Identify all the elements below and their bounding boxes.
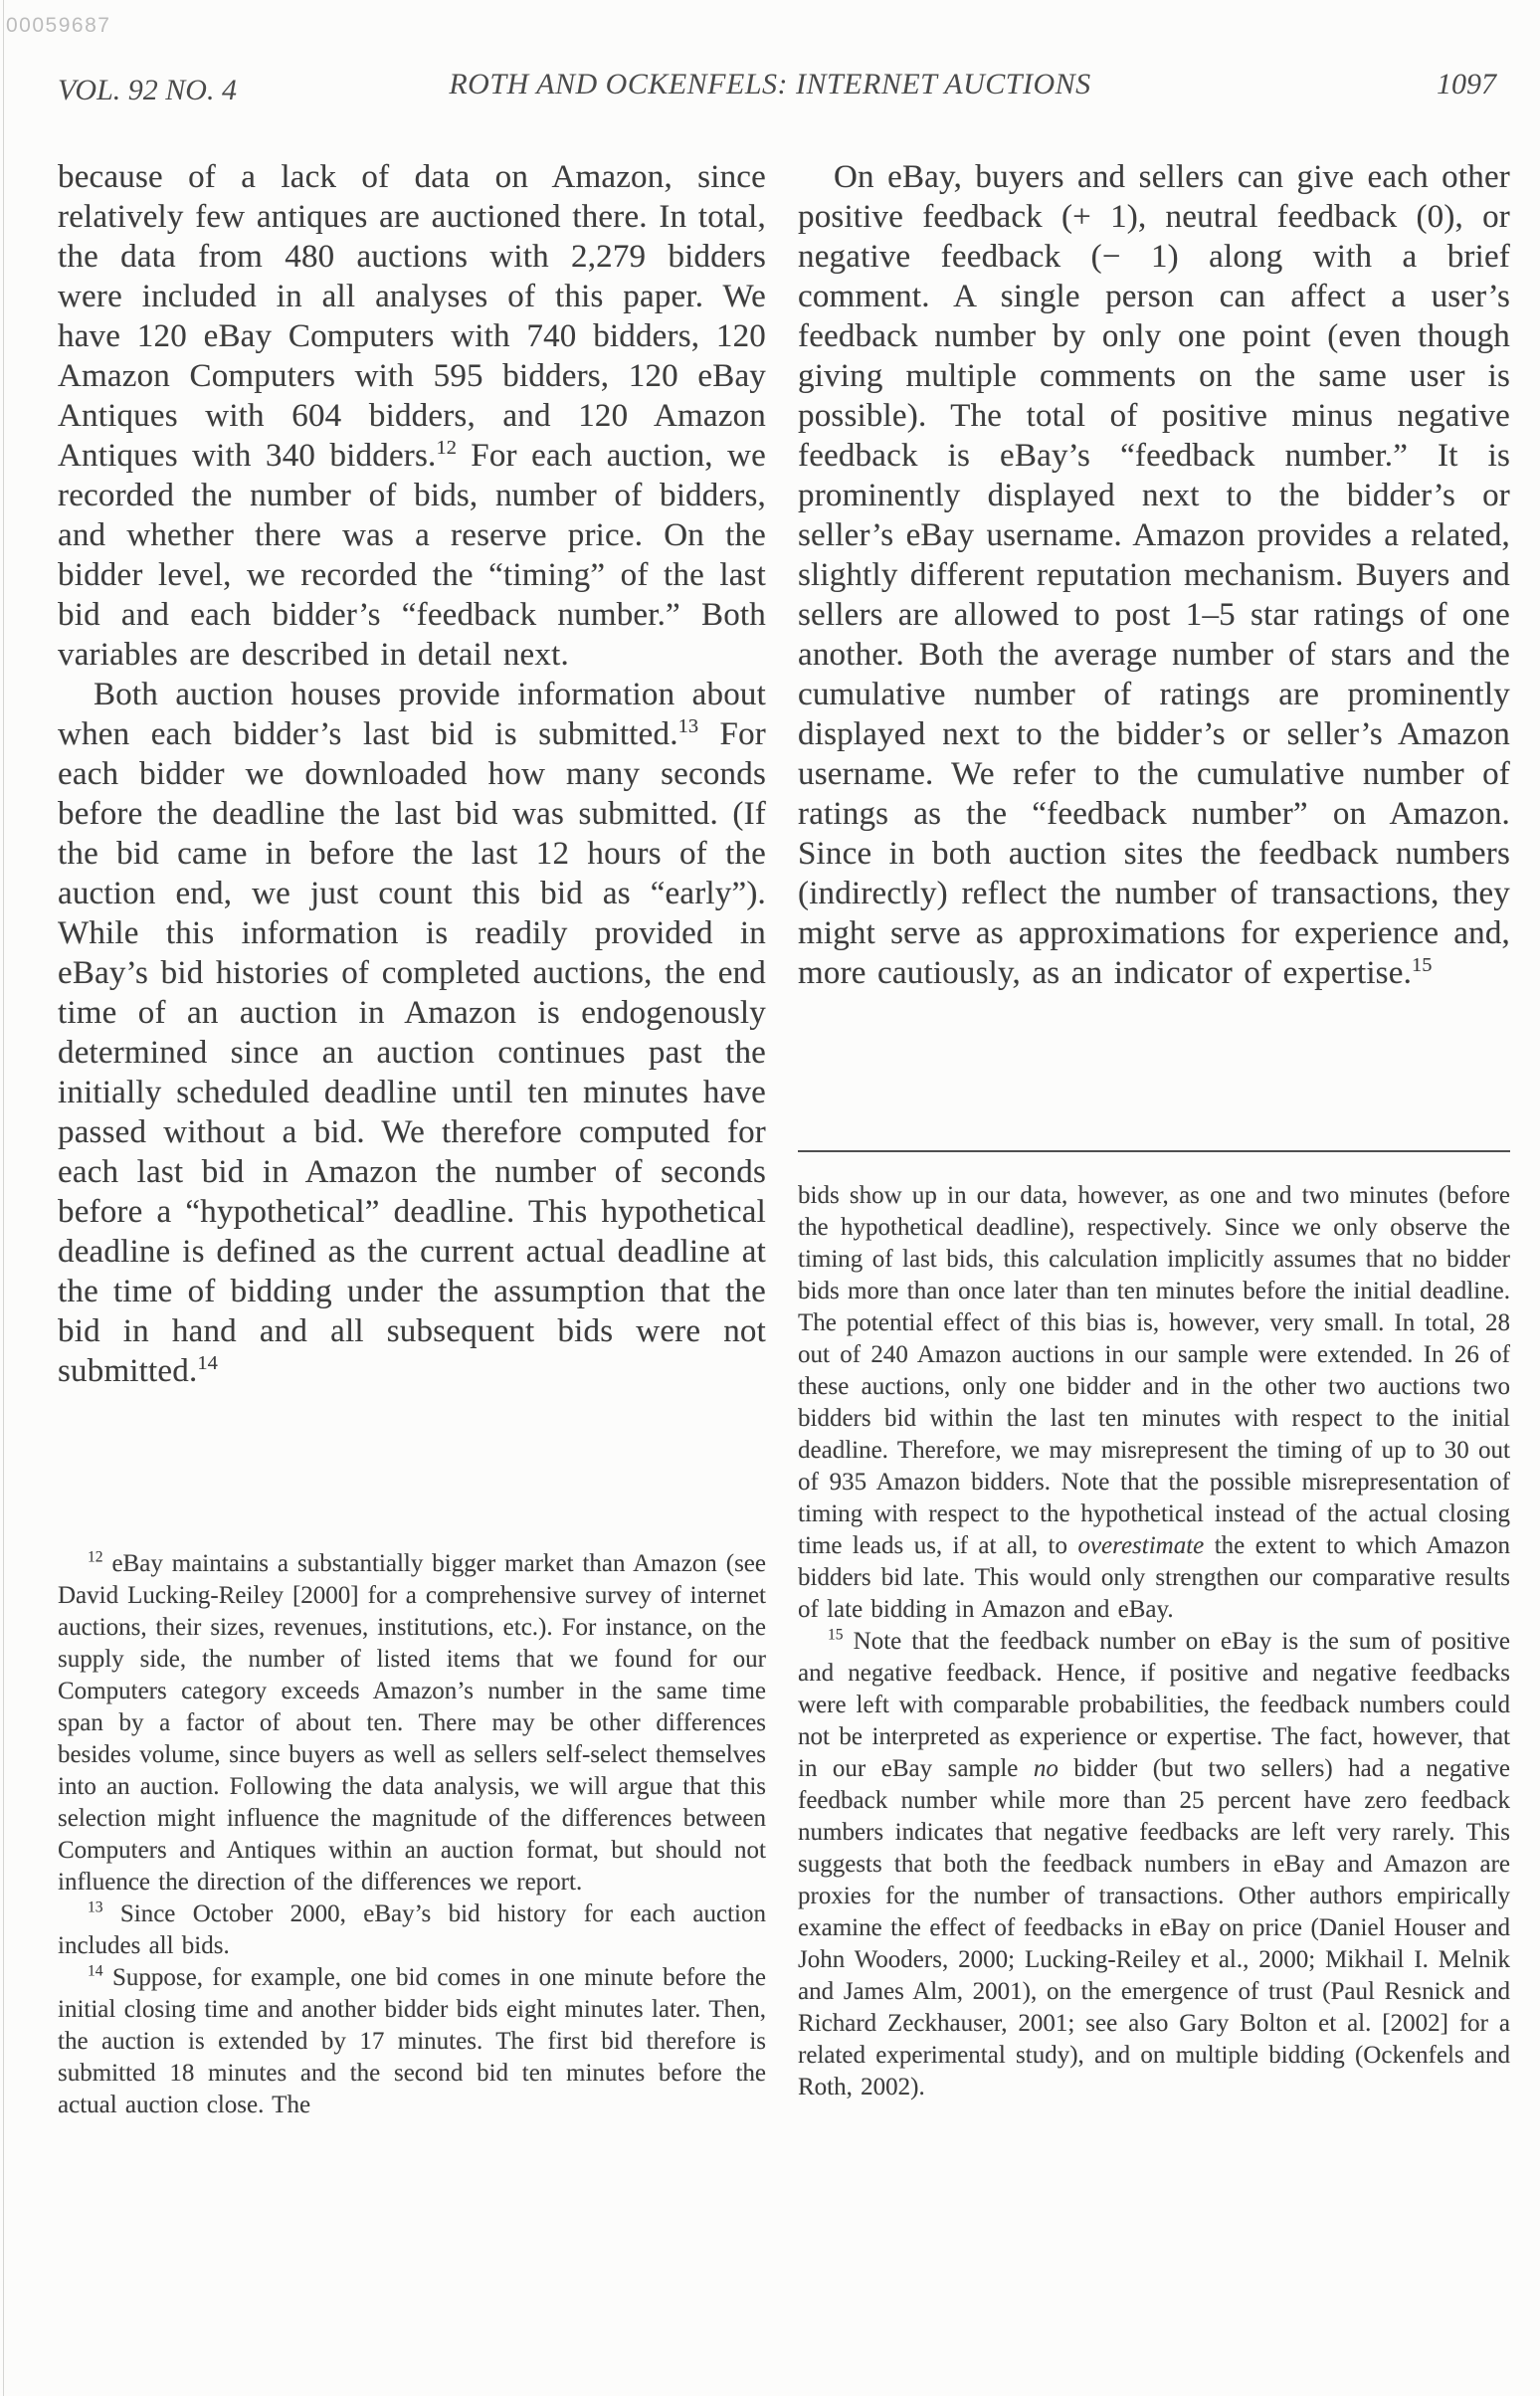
body-paragraph-2: Both auction houses provide information … bbox=[58, 675, 766, 1391]
footnote-14: 14 Suppose, for example, one bid comes i… bbox=[58, 1962, 766, 2121]
footnote-marker-12: 12 bbox=[88, 1549, 103, 1566]
footnote-15: 15 Note that the feedback number on eBay… bbox=[798, 1626, 1510, 2103]
footnote-13: 13 Since October 2000, eBay’s bid histor… bbox=[58, 1898, 766, 1962]
body-paragraph-3: On eBay, buyers and sellers can give eac… bbox=[798, 157, 1510, 993]
footnote-12: 12 eBay maintains a substantially bigger… bbox=[58, 1548, 766, 1898]
footnote-marker-14: 14 bbox=[88, 1963, 103, 1980]
footnote-rule bbox=[798, 1150, 1510, 1152]
footnote-marker-15: 15 bbox=[828, 1627, 844, 1644]
body-paragraph-1: because of a lack of data on Amazon, sin… bbox=[58, 157, 766, 675]
paragraph-text: Both auction houses provide information … bbox=[58, 677, 766, 752]
right-column-footnotes: bids show up in our data, however, as on… bbox=[798, 1180, 1510, 2103]
footnote-14-continuation: bids show up in our data, however, as on… bbox=[798, 1180, 1510, 1626]
header-title: ROTH AND OCKENFELS: INTERNET AUCTIONS bbox=[0, 68, 1540, 101]
footnote-text-italic: overestimate bbox=[1077, 1532, 1204, 1559]
left-column-body: because of a lack of data on Amazon, sin… bbox=[58, 157, 766, 1391]
footnote-text: Suppose, for example, one bid comes in o… bbox=[58, 1964, 766, 2118]
paragraph-text: because of a lack of data on Amazon, sin… bbox=[58, 159, 766, 474]
footnote-text: bidder (but two sellers) had a negative … bbox=[798, 1755, 1510, 2100]
left-column-footnotes: 12 eBay maintains a substantially bigger… bbox=[58, 1548, 766, 2121]
footnote-text: bids show up in our data, however, as on… bbox=[798, 1182, 1510, 1559]
header-page-number: 1097 bbox=[1437, 68, 1496, 101]
footnote-text: eBay maintains a substantially bigger ma… bbox=[58, 1550, 766, 1896]
page: 00059687 VOL. 92 NO. 4 ROTH AND OCKENFEL… bbox=[0, 0, 1540, 2396]
footnote-ref-15: 15 bbox=[1412, 954, 1432, 976]
footnote-text-italic: no bbox=[1034, 1755, 1059, 1782]
footnote-ref-13: 13 bbox=[678, 715, 698, 737]
footnote-ref-12: 12 bbox=[436, 437, 456, 459]
running-header: VOL. 92 NO. 4 ROTH AND OCKENFELS: INTERN… bbox=[0, 68, 1540, 111]
footnote-marker-13: 13 bbox=[88, 1899, 103, 1916]
footnote-text: Since October 2000, eBay’s bid history f… bbox=[58, 1900, 766, 1959]
scan-number: 00059687 bbox=[6, 14, 110, 38]
paragraph-text: On eBay, buyers and sellers can give eac… bbox=[798, 159, 1510, 991]
paragraph-text: For each bidder we downloaded how many s… bbox=[58, 716, 766, 1389]
footnote-ref-14: 14 bbox=[197, 1352, 217, 1374]
right-column-body: On eBay, buyers and sellers can give eac… bbox=[798, 157, 1510, 993]
